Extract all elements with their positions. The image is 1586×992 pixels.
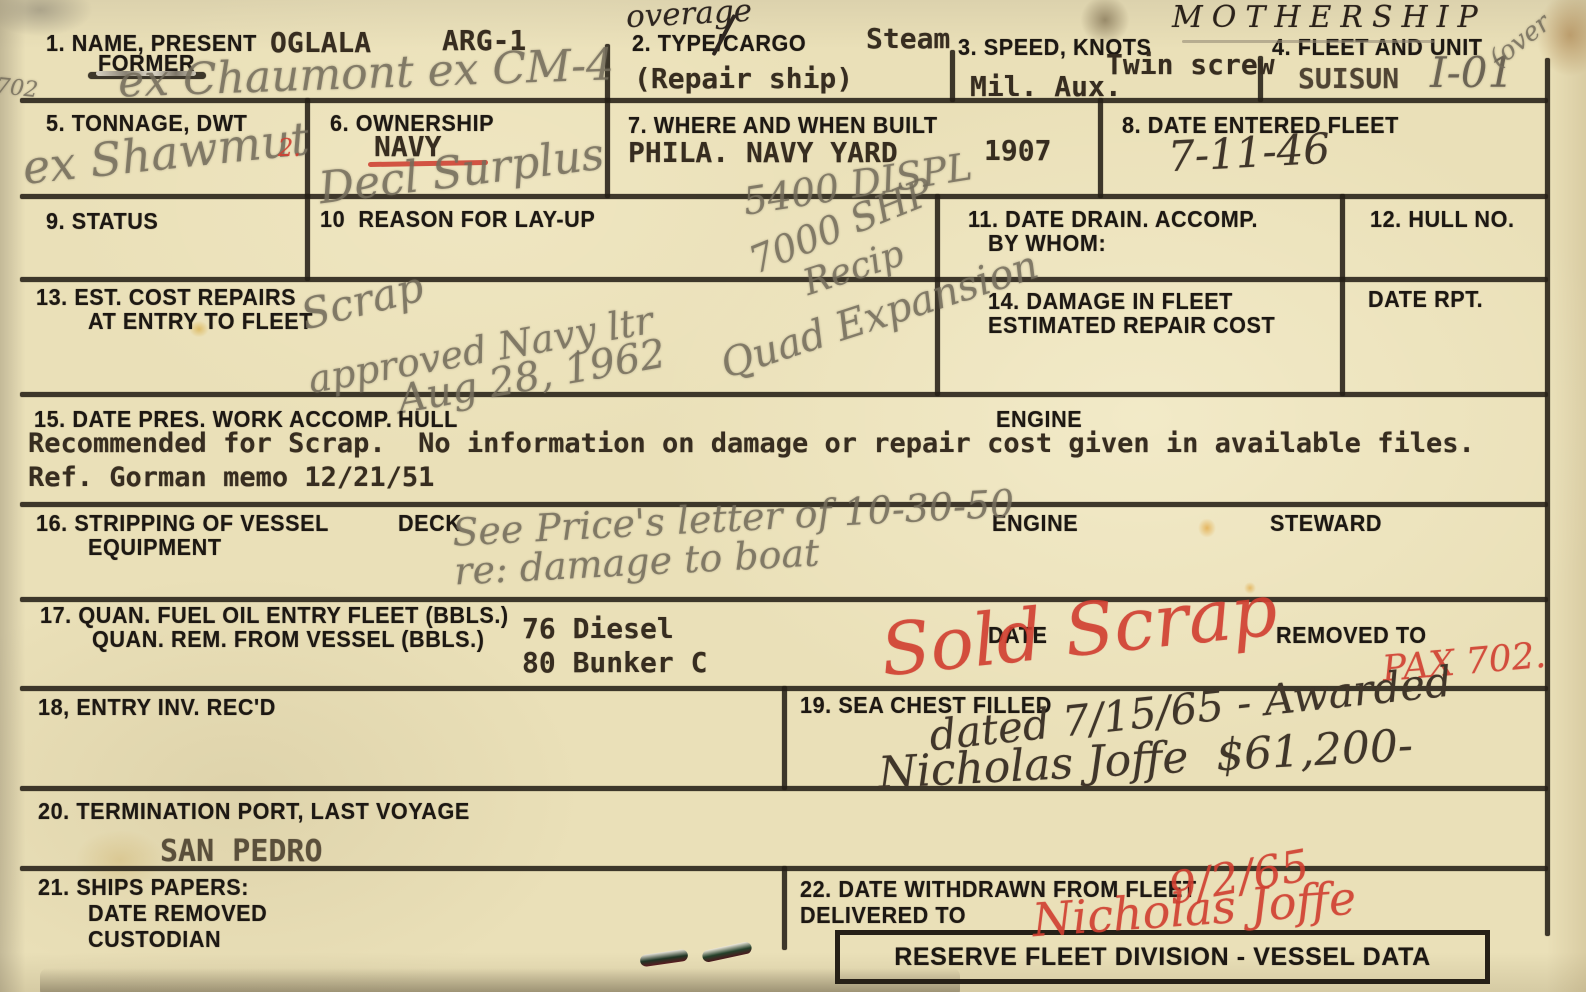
field-12-label: 12. HULL NO. (1370, 206, 1515, 233)
field-17-label2: QUAN. REM. FROM VESSEL (BBLS.) (92, 626, 484, 653)
field-11-label: 11. DATE DRAIN. ACCOMP. (968, 206, 1258, 233)
field-14-date-rpt-label: DATE RPT. (1368, 286, 1483, 313)
field-15-line1: Recommended for Scrap. No information on… (28, 428, 1475, 459)
field-14-label2: ESTIMATED REPAIR COST (988, 312, 1275, 339)
banner-title: RESERVE FLEET DIVISION - VESSEL DATA (894, 943, 1431, 972)
field-17-label: 17. QUAN. FUEL OIL ENTRY FLEET (BBLS.) (40, 602, 509, 629)
field-20-label: 20. TERMINATION PORT, LAST VOYAGE (38, 798, 470, 825)
mothership-underline (1182, 40, 1434, 43)
field-13-label: 13. EST. COST REPAIRS (36, 284, 296, 311)
grid-line (20, 392, 1548, 397)
field-16-label2: EQUIPMENT (88, 534, 222, 561)
field-21-label3: CUSTODIAN (88, 926, 221, 953)
grid-line (1545, 58, 1550, 936)
field-3-value2: Mil. Aux. (970, 70, 1122, 103)
field-16-label: 16. STRIPPING OF VESSEL (36, 510, 329, 537)
field-15-line2: Ref. Gorman memo 12/21/51 (28, 462, 434, 493)
field-7-value2: 1907 (984, 134, 1051, 167)
field-3-value: Twin screw (1106, 48, 1275, 81)
field-22-label2: DELIVERED TO (800, 902, 966, 929)
field-4-value: SUISUN (1298, 62, 1399, 95)
field-17-value2: 80 Bunker C (522, 646, 707, 679)
field-5-red-mark: 2. (278, 134, 301, 162)
vessel-data-card: 1. NAME, PRESENT OGLALA ARG-1 FORMER ex … (0, 0, 1586, 992)
field-17-removed-to-label: REMOVED TO (1276, 622, 1427, 649)
mothership-heading-handwriting: MOTHERSHIP (1172, 0, 1487, 35)
field-7-label: 7. WHERE AND WHEN BUILT (628, 112, 938, 139)
field-14-label: 14. DAMAGE IN FLEET (988, 288, 1233, 315)
field-21-label: 21. SHIPS PAPERS: (38, 874, 249, 901)
tape-mark-2 (701, 941, 752, 963)
field-8-date-handwriting: 7-11-46 (1167, 124, 1331, 181)
field-2-value: Steam (866, 22, 950, 55)
scrap-handwriting: Scrap (296, 262, 428, 340)
sold-scrap-handwriting: Sold Scrap (877, 567, 1281, 692)
field-9-label: 9. STATUS (46, 208, 158, 235)
field-10-label: 10 REASON FOR LAY-UP (320, 206, 595, 233)
yellow-stain-2 (1195, 515, 1219, 541)
grid-line (20, 277, 1548, 282)
grid-line (1340, 194, 1345, 281)
grid-line (305, 194, 310, 281)
grid-line (1340, 277, 1345, 396)
field-20-value: SAN PEDRO (160, 834, 323, 869)
field-21-label2: DATE REMOVED (88, 900, 267, 927)
field-16-steward-label: STEWARD (1270, 510, 1382, 537)
field-6-handwriting: Decl Surplus (316, 129, 607, 215)
tape-mark-1 (639, 949, 688, 968)
grid-line (950, 50, 955, 102)
field-2-value2: (Repair ship) (634, 62, 853, 95)
field-17-value: 76 Diesel (522, 612, 674, 645)
field-13-label2: AT ENTRY TO FLEET (88, 308, 313, 335)
bottom-edge-shadow (40, 968, 960, 992)
grid-line (782, 866, 787, 950)
grid-line (782, 686, 787, 790)
margin-number-handwriting: 702 (0, 74, 39, 103)
grid-line (1098, 98, 1103, 198)
field-18-label: 18, ENTRY INV. REC'D (38, 694, 276, 721)
grid-line (605, 98, 610, 198)
